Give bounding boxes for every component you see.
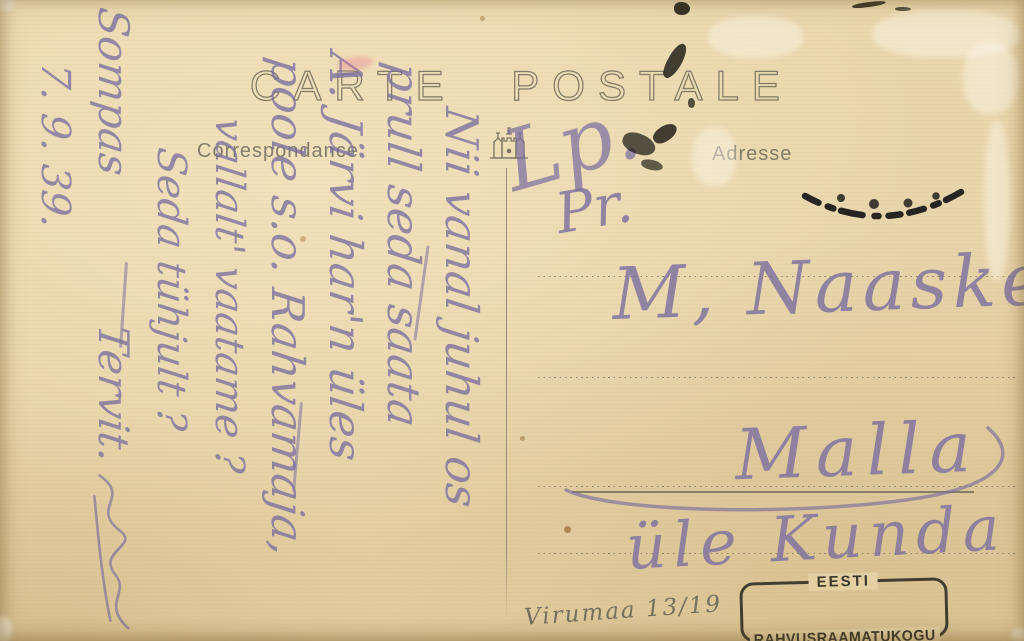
ink-smudge	[895, 7, 911, 11]
fox-stain	[300, 236, 306, 242]
corner-chip	[1012, 628, 1024, 641]
message-line: poole s.o. Rahvamaja,	[258, 4, 316, 635]
wear-patch	[984, 120, 1010, 280]
ink-smudge	[688, 98, 695, 108]
fox-stain	[480, 16, 485, 21]
underline-flourish	[550, 420, 1020, 520]
message-line: vallalt' vaatame ?	[200, 4, 258, 635]
message-line: Nii vanal juhul os	[432, 4, 490, 635]
message-line: A. Järvi har'n üles	[316, 4, 374, 635]
wear-patch	[708, 16, 803, 58]
library-stamp-country: EESTI	[808, 572, 878, 591]
message-signature-line: Sompas Tervit.	[84, 4, 142, 635]
divider-line	[506, 168, 507, 618]
recipient-name-handwriting: M, Naaskel	[611, 236, 1024, 336]
message-date: 7. 9. 39.	[26, 4, 84, 635]
wear-patch	[963, 42, 1018, 114]
ink-smudge	[650, 120, 680, 147]
wear-patch	[692, 128, 736, 186]
library-stamp: EESTI RAHVUSRAAMATUKOGU	[739, 577, 948, 641]
ink-smudge	[852, 0, 886, 9]
corner-chip	[0, 0, 15, 11]
message-place: Sompas	[84, 4, 142, 178]
fox-stain	[564, 526, 571, 533]
message-closing: Tervit.	[84, 322, 142, 466]
recipient-title-handwriting: Pr.	[551, 170, 637, 247]
library-stamp-name: RAHVUSRAAMATUKOGU	[750, 627, 940, 641]
message-line: Seda tühjult ?	[142, 4, 200, 635]
fox-stain	[520, 436, 525, 441]
ink-smudge	[674, 2, 690, 15]
postmark-arc	[795, 180, 970, 242]
postcard-back: CARTE POSTALE Correspondance Adresse Nii…	[0, 0, 1024, 641]
corner-chip	[0, 616, 12, 641]
pencil-note: Virumaa 13/19	[523, 591, 723, 631]
signature-flourish	[86, 469, 140, 635]
message-line: prull seda saata	[374, 4, 432, 635]
address-ruled-line-2	[538, 377, 1016, 379]
